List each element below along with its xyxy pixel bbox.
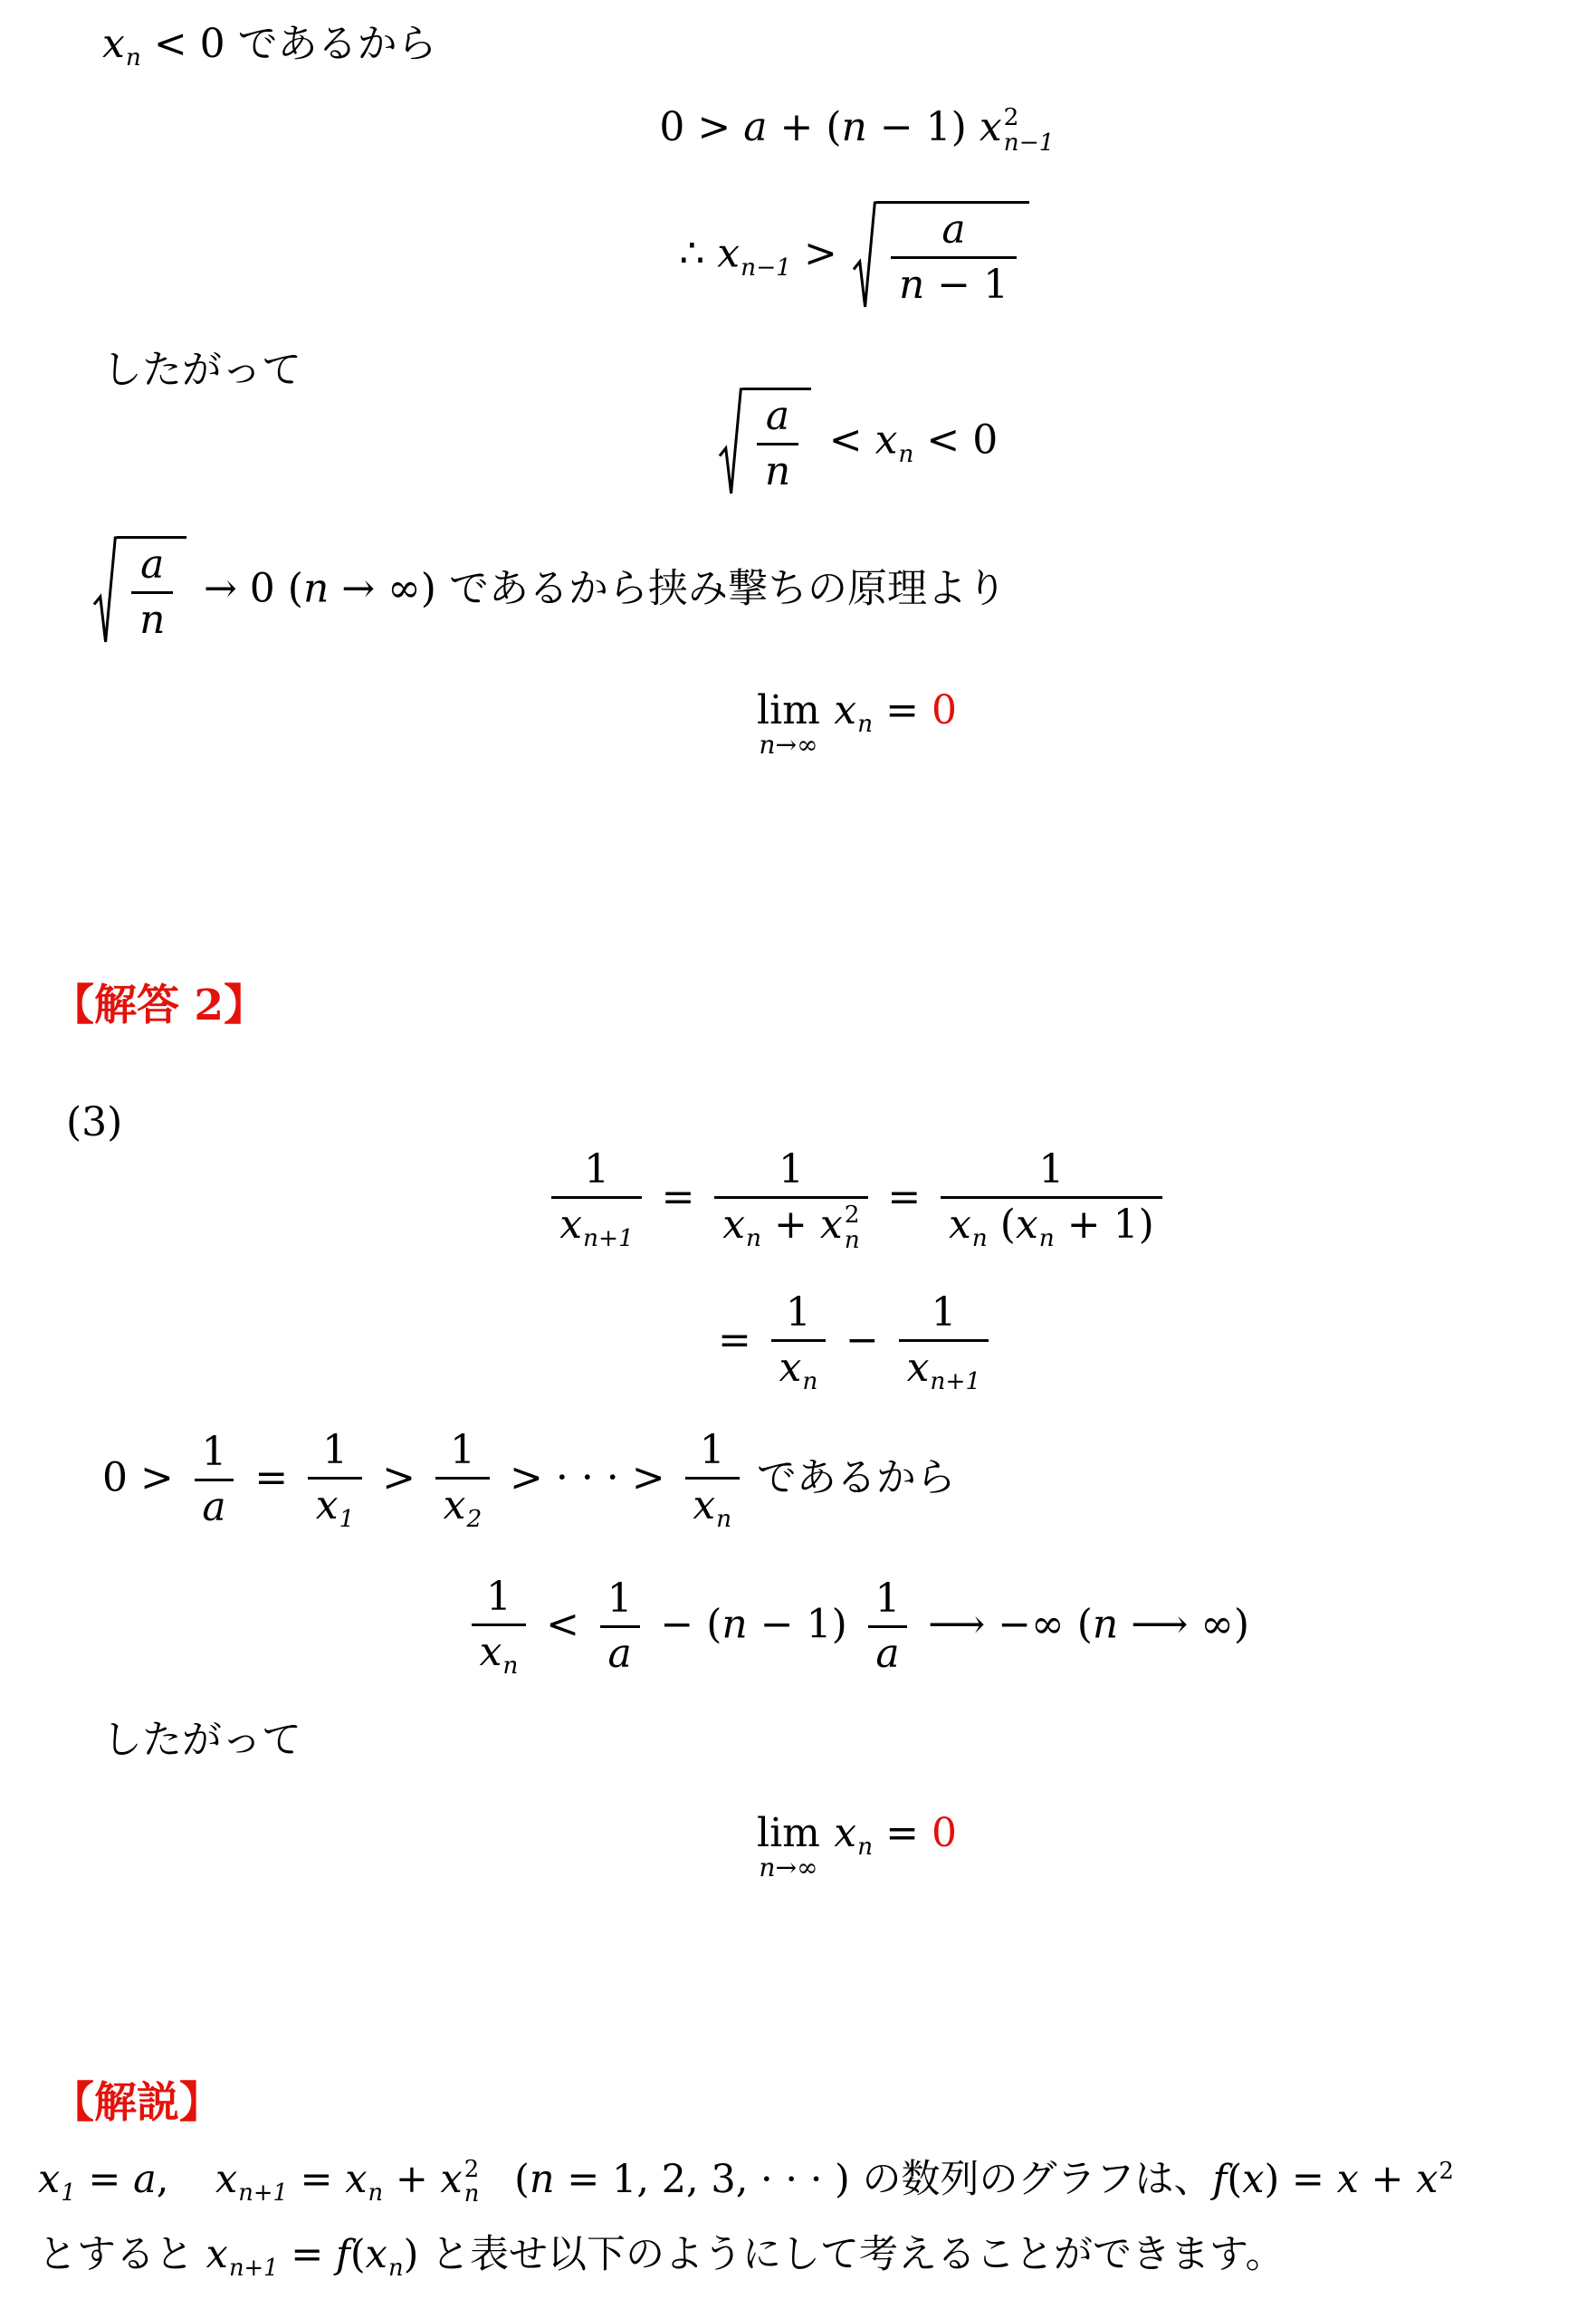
radicand: an <box>117 536 186 647</box>
math-expression: 1xn+1 = 1xn + x2n = 1xn (xn + 1) <box>545 1146 1170 1253</box>
fraction: 1xn <box>472 1574 526 1681</box>
text-shitagatte: したがって <box>102 347 301 393</box>
equation-therefore-sqrt-bound: ∴ xn−1 > an − 1 <box>118 201 1596 311</box>
radical-icon <box>852 201 876 311</box>
subscript: 1 <box>61 2179 75 2207</box>
line-xn-less-than-zero: xn < 0 であるから <box>102 18 437 74</box>
sup-sub-stack: 2n−1 <box>1004 105 1055 155</box>
square-root: an − 1 <box>852 201 1029 311</box>
math-expression: an → 0 (n → ∞) であるから挟み撃ちの原理より <box>91 536 1007 647</box>
math-expression: limn→∞ xn = 0 <box>757 1807 957 1863</box>
highlighted-value: 0 <box>932 687 957 733</box>
fraction-numerator: 1 <box>692 1427 733 1477</box>
sup-sub-stack: 2n <box>845 1202 860 1252</box>
subscript: n <box>857 1833 873 1861</box>
math-expression: ∴ xn−1 > an − 1 <box>679 201 1034 311</box>
subscript: 1 <box>339 1505 355 1533</box>
superscript: 2 <box>1004 105 1019 130</box>
limit-operator: limn→∞ <box>757 685 820 736</box>
fraction-denominator: xn + x2n <box>714 1196 867 1253</box>
fraction-numerator: 1 <box>923 1289 965 1339</box>
fraction-numerator: 1 <box>576 1146 617 1196</box>
math-expression: x1 = a, xn+1 = xn + x2n (n = 1, 2, 3, · … <box>38 2155 1454 2209</box>
limit-subscript: n→∞ <box>759 729 817 762</box>
fraction: an <box>757 393 798 496</box>
subscript: n <box>502 1652 518 1680</box>
equation-squeeze-inequality: an < xn < 0 <box>118 388 1596 498</box>
fraction-denominator: n <box>757 443 798 495</box>
fraction-denominator: xn <box>771 1339 826 1396</box>
subscript: n <box>1039 1224 1055 1252</box>
fraction-denominator: xn+1 <box>551 1196 641 1253</box>
radical-icon <box>718 388 742 498</box>
fraction: an − 1 <box>891 206 1017 310</box>
fraction-denominator: n <box>131 591 173 644</box>
fraction-denominator: a <box>868 1625 908 1678</box>
fraction: 1x2 <box>435 1427 490 1534</box>
fraction-numerator: 1 <box>770 1146 812 1196</box>
fraction-denominator: n − 1 <box>891 256 1017 309</box>
superscript: 2 <box>845 1202 860 1228</box>
fraction-numerator: a <box>758 393 798 443</box>
square-root: an <box>718 388 812 498</box>
fraction-numerator: 1 <box>314 1427 356 1477</box>
fraction-denominator: x1 <box>308 1477 362 1534</box>
fraction-numerator: 1 <box>194 1429 235 1479</box>
subscript: n+1 <box>930 1367 980 1395</box>
subscript: 2 <box>467 1505 483 1533</box>
fraction: 1x1 <box>308 1427 362 1534</box>
fraction: 1a <box>194 1429 235 1532</box>
math-expression: = 1xn − 1xn+1 <box>718 1289 996 1396</box>
paragraph-line-2: とすると xn+1 = f(xn) と表せ以下のようにして考えることができます。 <box>38 2230 1285 2284</box>
subscript: n <box>898 440 913 468</box>
heading-answer-2: 【解答 2】 <box>52 981 266 1031</box>
line-reciprocal-ordering: 0 > 1a = 1x1 > 1x2 > · · · > 1xn であるから <box>102 1427 956 1534</box>
math-solution-page: xn < 0 であるから 0 > a + (n − 1) x2n−1 ∴ xn−… <box>0 0 1596 2318</box>
math-expression: an < xn < 0 <box>716 388 998 498</box>
limit-subscript: n→∞ <box>759 1852 817 1885</box>
fraction: 1a <box>599 1576 641 1679</box>
radical-icon <box>92 536 117 647</box>
fraction-denominator: xn+1 <box>899 1339 989 1396</box>
math-expression: limn→∞ xn = 0 <box>757 685 957 741</box>
superscript: 2 <box>464 2158 479 2182</box>
subscript: n <box>464 2182 480 2207</box>
fraction-denominator: x2 <box>435 1477 490 1534</box>
fraction-numerator: a <box>132 541 172 591</box>
equation-reciprocal-chain: 1xn+1 = 1xn + x2n = 1xn (xn + 1) <box>118 1146 1596 1253</box>
line-shitagatte-2: したがって <box>102 1714 301 1766</box>
subscript: n <box>845 1228 860 1253</box>
equation-divergence: 1xn < 1a − (n − 1) 1a ⟶ −∞ (n ⟶ ∞) <box>118 1574 1596 1681</box>
fraction-numerator: 1 <box>442 1427 483 1477</box>
fraction: 1xn + x2n <box>714 1146 867 1253</box>
text-shitagatte: したがって <box>102 1717 301 1763</box>
sup-sub-stack: 2n <box>464 2158 480 2207</box>
line-item-3: (3) <box>66 1097 122 1148</box>
subscript: n <box>802 1367 817 1395</box>
fraction: 1xn <box>685 1427 740 1534</box>
equation-limit-result-2: limn→∞ xn = 0 <box>118 1807 1596 1863</box>
line-squeeze-theorem: an → 0 (n → ∞) であるから挟み撃ちの原理より <box>91 536 1007 647</box>
limit-operator: limn→∞ <box>757 1807 820 1859</box>
radicand: an − 1 <box>876 201 1029 311</box>
fraction: 1xn <box>771 1289 826 1396</box>
subscript: n−1 <box>741 254 791 282</box>
fraction-denominator: xn <box>685 1477 740 1534</box>
highlighted-value: 0 <box>932 1810 957 1856</box>
fraction-numerator: 1 <box>867 1576 909 1625</box>
fraction-denominator: xn (xn + 1) <box>941 1196 1161 1253</box>
fraction-numerator: 1 <box>1031 1146 1073 1196</box>
fraction: 1a <box>867 1576 909 1679</box>
math-expression: 0 > a + (n − 1) x2n−1 <box>659 101 1054 155</box>
subscript: n+1 <box>229 2255 279 2282</box>
math-expression: 1xn < 1a − (n − 1) 1a ⟶ −∞ (n ⟶ ∞) <box>464 1574 1249 1681</box>
heading-commentary: 【解説】 <box>52 2078 222 2129</box>
fraction-denominator: a <box>195 1479 234 1531</box>
fraction: 1xn+1 <box>899 1289 989 1396</box>
fraction-numerator: 1 <box>599 1576 641 1625</box>
subscript: n+1 <box>583 1224 634 1252</box>
subscript: n−1 <box>1004 130 1055 156</box>
radicand: an <box>742 388 811 498</box>
subscript: n <box>368 2179 384 2207</box>
math-expression: xn < 0 であるから <box>102 18 437 74</box>
fraction: 1xn (xn + 1) <box>941 1146 1161 1253</box>
subscript: n+1 <box>238 2179 288 2207</box>
fraction: 1xn+1 <box>551 1146 641 1253</box>
fraction-numerator: a <box>934 206 974 256</box>
math-expression: とすると xn+1 = f(xn) と表せ以下のようにして考えることができます。 <box>38 2230 1285 2284</box>
superscript: 2 <box>1439 2158 1454 2185</box>
subscript: n <box>388 2255 404 2282</box>
equation-quadratic-bound: 0 > a + (n − 1) x2n−1 <box>118 101 1596 155</box>
math-expression: 0 > 1a = 1x1 > 1x2 > · · · > 1xn であるから <box>102 1427 956 1534</box>
subscript: n <box>857 710 873 738</box>
fraction: an <box>131 541 173 645</box>
equation-reciprocal-difference: = 1xn − 1xn+1 <box>118 1289 1596 1396</box>
square-root: an <box>92 536 186 647</box>
fraction-denominator: xn <box>472 1624 526 1681</box>
subscript: n <box>746 1224 761 1252</box>
subscript: n <box>716 1505 731 1533</box>
fraction-numerator: 1 <box>778 1289 819 1339</box>
subscript: n <box>126 43 141 72</box>
paragraph-line-1: x1 = a, xn+1 = xn + x2n (n = 1, 2, 3, · … <box>38 2155 1454 2209</box>
fraction-numerator: 1 <box>478 1574 520 1624</box>
equation-limit-result-1: limn→∞ xn = 0 <box>118 685 1596 741</box>
subscript: n <box>972 1224 988 1252</box>
fraction-denominator: a <box>600 1625 640 1678</box>
